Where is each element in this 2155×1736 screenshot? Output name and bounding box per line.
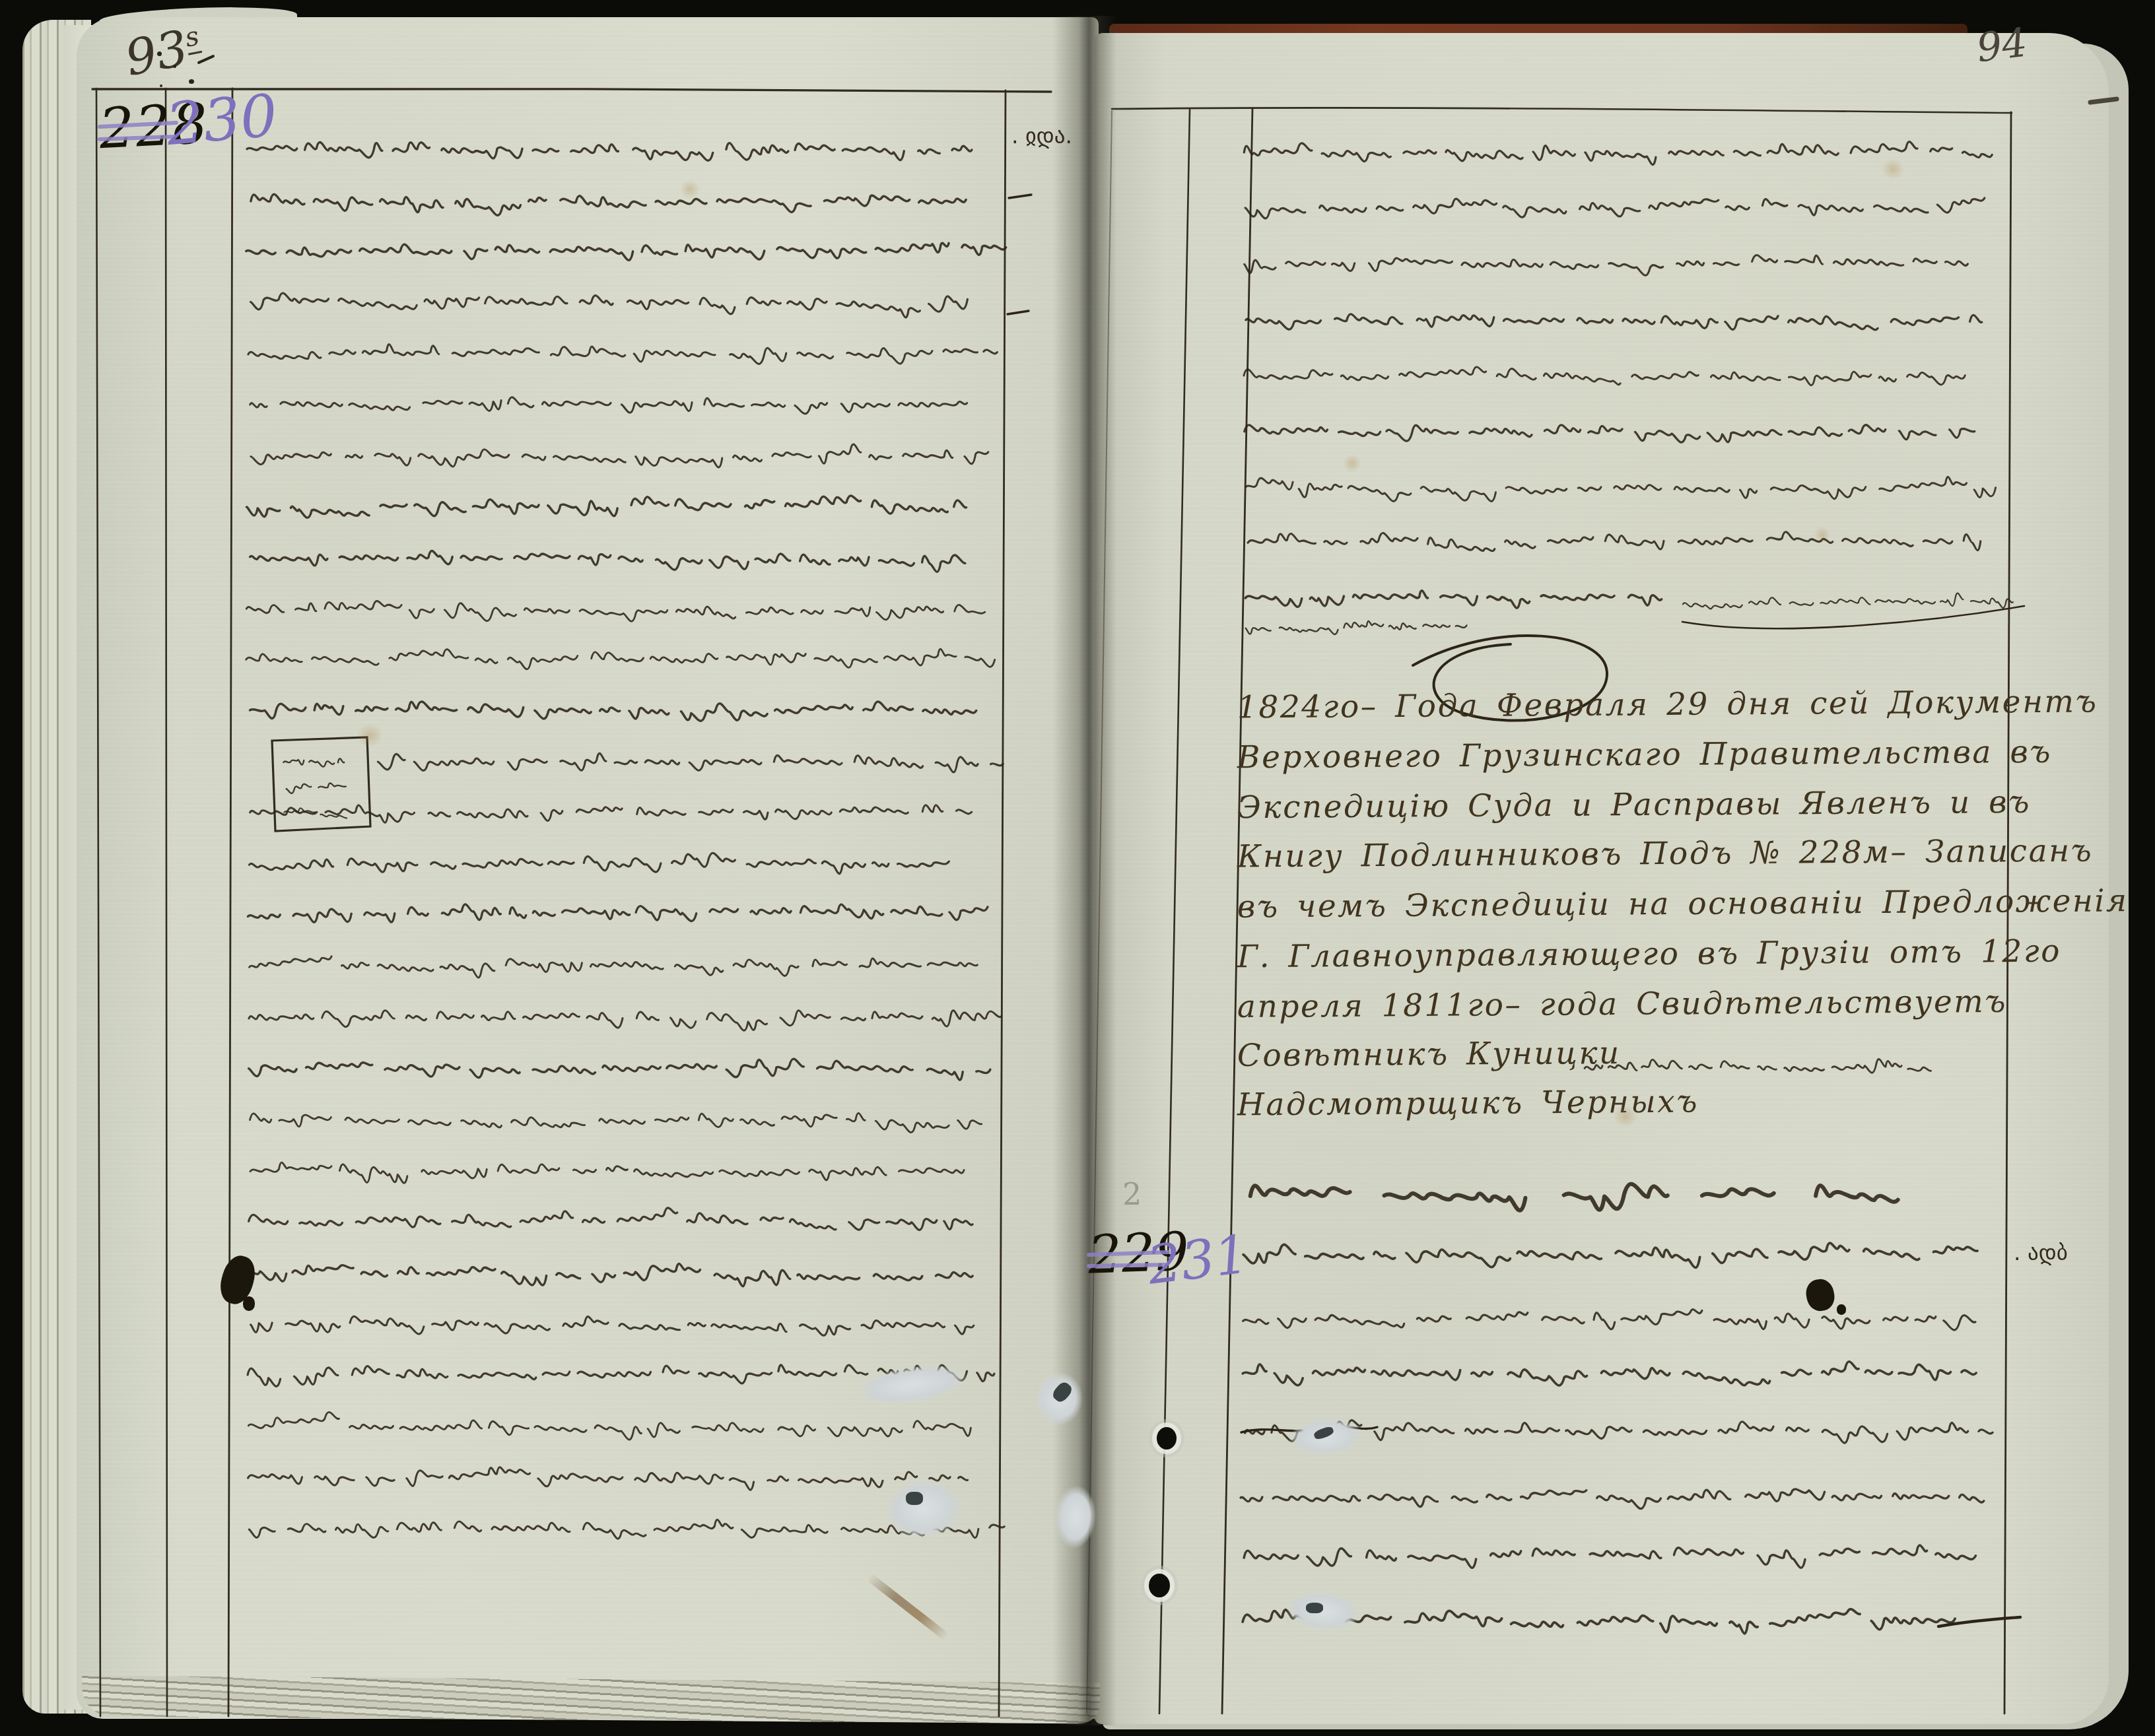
line-end-dash-2 — [1008, 311, 1029, 314]
ink-blot-small — [1837, 1304, 1846, 1315]
line-end-dash-1 — [1009, 195, 1031, 198]
left-margin-rule-3 — [228, 88, 232, 1716]
stain — [1343, 454, 1361, 473]
russian-note-line: Экспедицію Суда и Расправы Явленъ и въ — [1237, 784, 2031, 826]
russian-note-line: Совѣтникъ Куницки — [1237, 1035, 1621, 1074]
ink-speck — [173, 65, 176, 68]
stain — [1614, 1105, 1637, 1127]
left-right-margin-rule — [999, 90, 1006, 1716]
russian-note-line: апреля 1811го– года Свидѣтельствуетъ — [1237, 984, 2007, 1025]
damage-speck — [1306, 1603, 1323, 1613]
right-margin-rule-1 — [1159, 110, 1190, 1714]
stain — [1882, 158, 1904, 180]
punch-hole — [1157, 1427, 1177, 1450]
russian-note-line: 1824го– Года Февраля 29 дня сей Документ… — [1237, 683, 2098, 725]
stain — [1814, 527, 1830, 543]
left-margin-rule-1 — [96, 88, 100, 1716]
stain — [680, 180, 700, 199]
russian-note-line: Верховнего Грузинскаго Правительства въ — [1237, 734, 2052, 776]
ink-speck — [189, 79, 194, 84]
russian-note-line: Книгу Подлинниковъ Подъ № 228м– Записанъ — [1237, 832, 2094, 875]
punch-hole — [1149, 1574, 1170, 1597]
inline-box-note-border — [272, 737, 370, 831]
right-entry-number-new: 231 — [1144, 1223, 1252, 1296]
signature-underline-sweep — [1682, 606, 2024, 628]
manuscript-spread: 93s 94 228 230 2 229 231 . ჲდა. . ადბ 18… — [0, 0, 2155, 1736]
russian-note-line: Г. Главноуправляющего въ Грузіи отъ 12го — [1237, 933, 2061, 976]
ink-speck — [157, 51, 162, 56]
right-top-rule — [1112, 108, 2012, 113]
edge-pen-dash — [2090, 99, 2117, 102]
stain — [357, 723, 383, 747]
ink-blot-small — [243, 1296, 255, 1311]
left-entry-number-new: 230 — [164, 81, 280, 158]
right-fold-rule — [1087, 111, 1112, 1714]
right-folio-number: 94 — [1974, 20, 2030, 72]
ink-speck — [160, 84, 162, 87]
russian-note-line: въ чемъ Экспедиціи на основаніи Предложе… — [1237, 883, 2129, 925]
pencil-mark: 2 — [1122, 1176, 1142, 1212]
right-margin-annotation: . ადბ — [2014, 1240, 2068, 1265]
left-margin-rule-2 — [166, 88, 167, 1716]
damage-speck — [906, 1492, 923, 1505]
left-margin-annotation: . ჲდა. — [1011, 123, 1072, 149]
